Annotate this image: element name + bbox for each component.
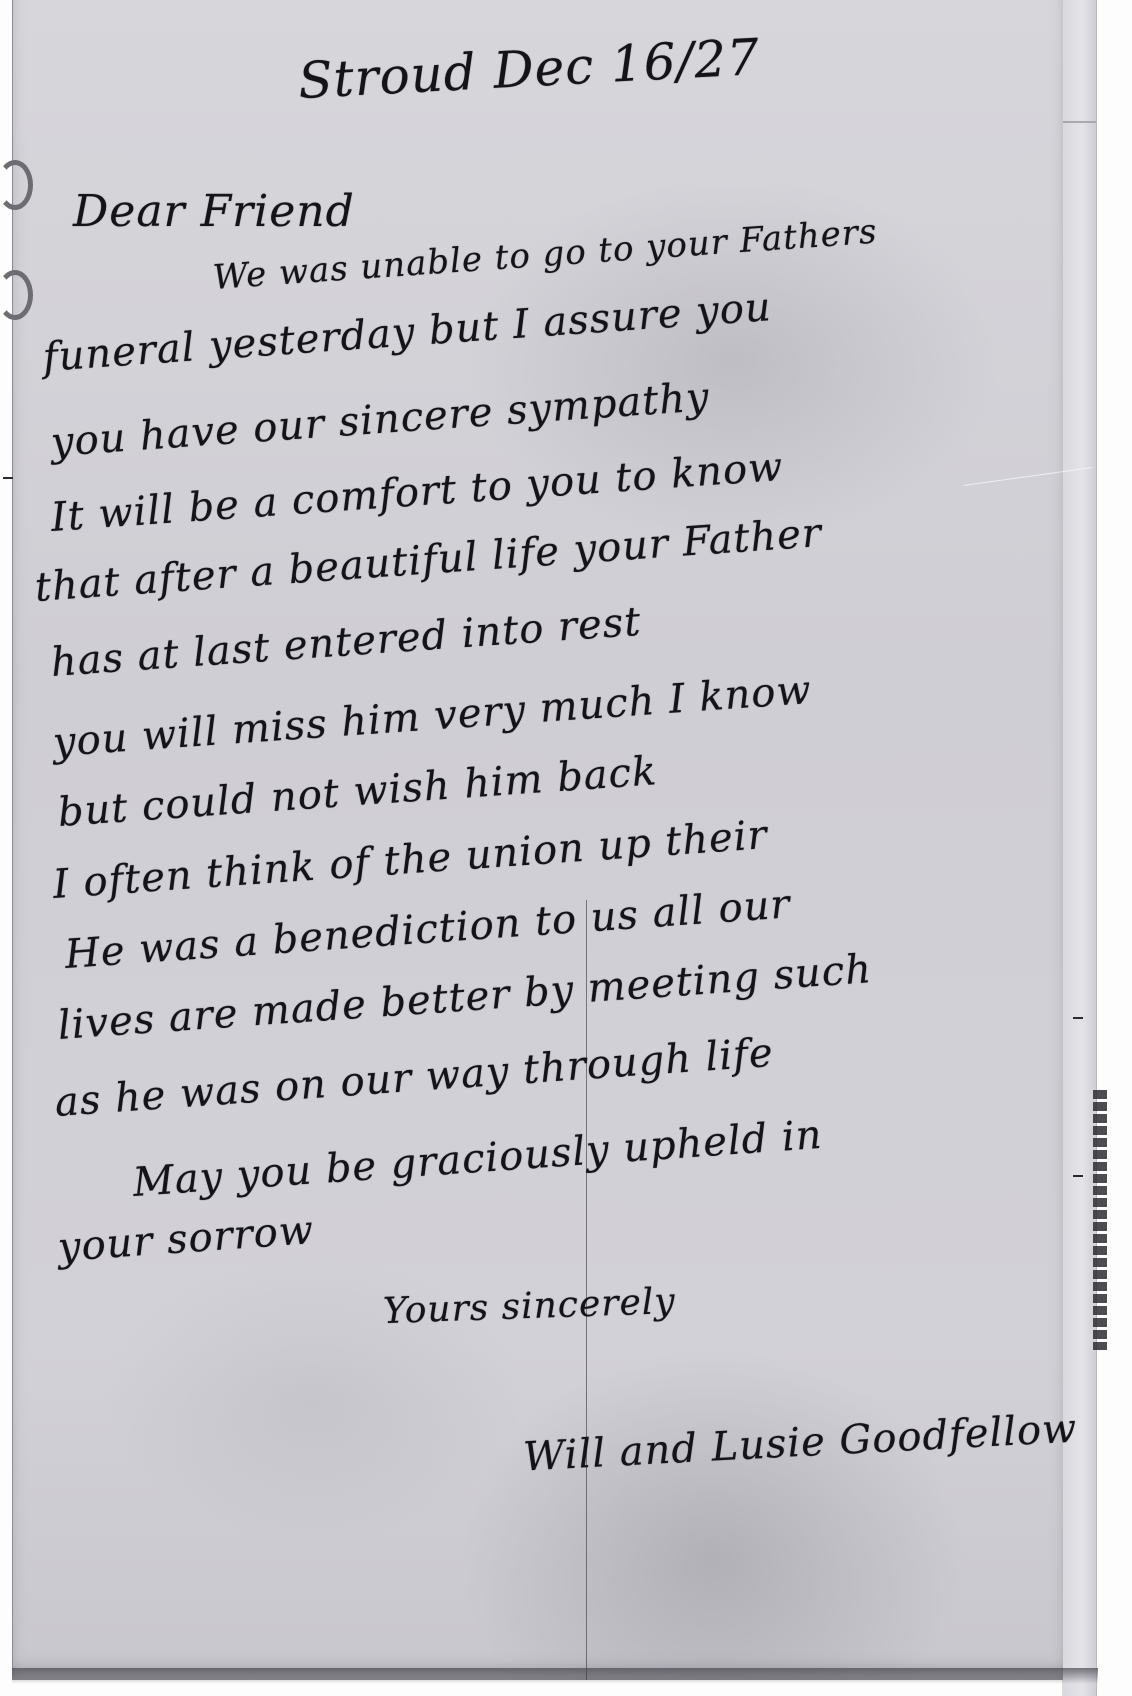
body-line: your sorrow (56, 1207, 315, 1271)
margin-mark (1073, 1017, 1083, 1019)
letter-paper: Stroud Dec 16/27 Dear Friend We was unab… (12, 0, 1063, 1680)
binder-hole-icon (0, 160, 33, 210)
signature: Will and Lusie Goodfellow (522, 1406, 1078, 1481)
body-line: May you be graciously upheld in (131, 1112, 824, 1206)
body-line: you have our sincere sympathy (49, 374, 711, 466)
body-line: but could not wish him back (56, 748, 658, 836)
closing: Yours sincerely (382, 1281, 676, 1332)
margin-mark (3, 477, 13, 479)
backing-card-mark (1062, 121, 1096, 123)
scanned-document: Stroud Dec 16/27 Dear Friend We was unab… (0, 0, 1132, 1696)
body-line: funeral yesterday but I assure you (41, 284, 773, 381)
place-date: Stroud Dec 16/27 (297, 28, 762, 110)
rotated-edge-label (1093, 1090, 1107, 1350)
body-line: you will miss him very much I know (51, 667, 813, 766)
salutation: Dear Friend (73, 186, 355, 237)
body-line: has at last entered into rest (49, 599, 642, 686)
page-bottom-shadow (12, 1668, 1098, 1684)
body-line: as he was on our way through life (53, 1030, 775, 1126)
binder-hole-icon (0, 270, 33, 320)
margin-mark (1073, 1175, 1083, 1177)
